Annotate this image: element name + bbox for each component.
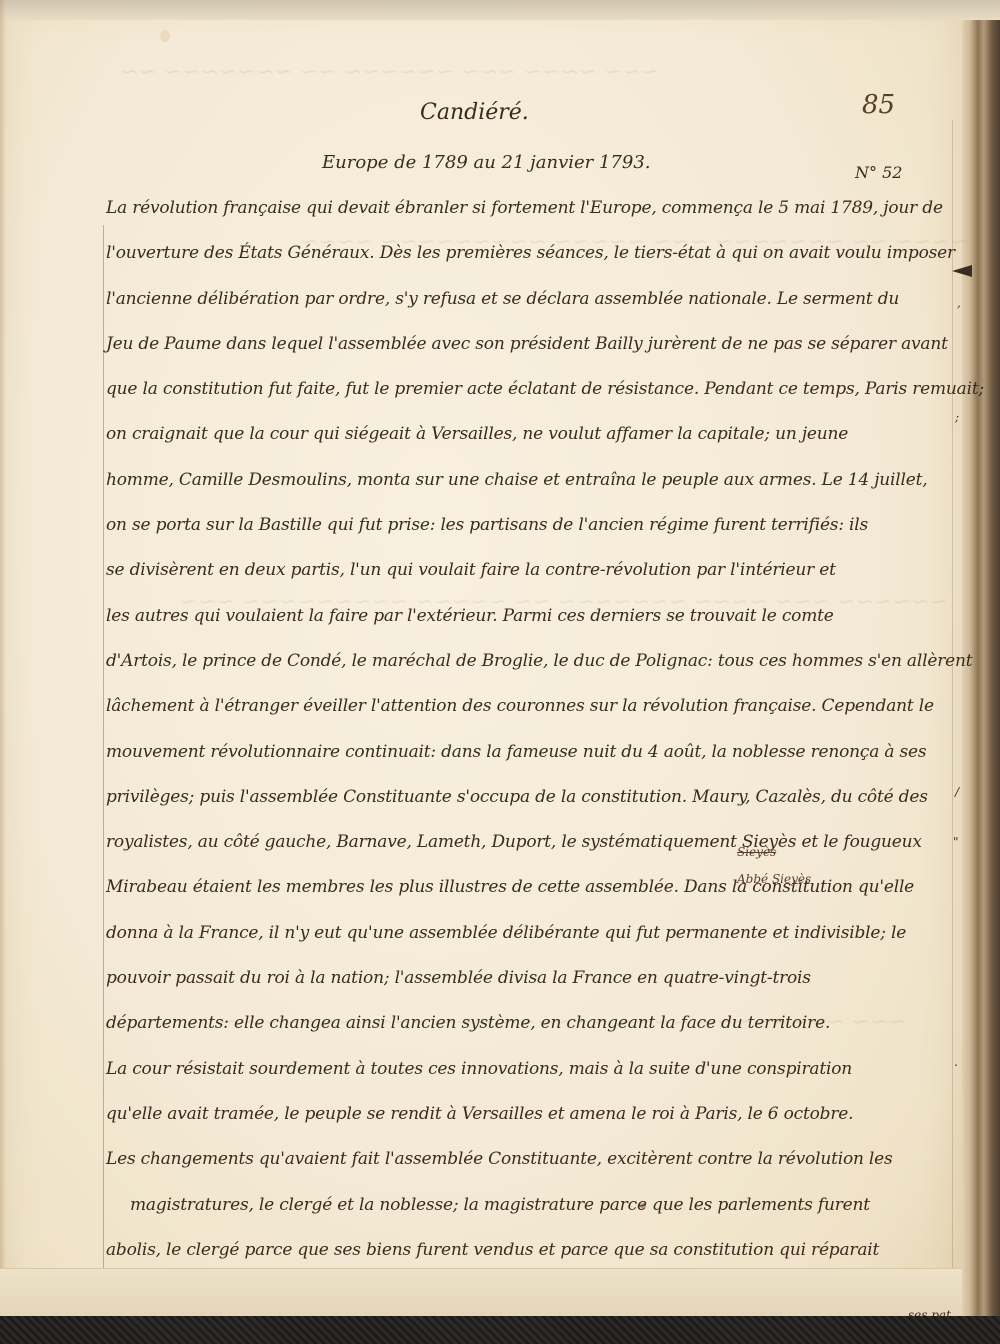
background-cloth [0,1316,1000,1344]
text-line: les autres qui voulaient la faire par l'… [106,594,966,639]
text-line: on se porta sur la Bastille qui fut pris… [106,503,966,548]
text-line: l'ouverture des États Généraux. Dès les … [106,231,966,276]
text-line: lâchement à l'étranger éveiller l'attent… [106,684,966,729]
text-line: royalistes, au côté gauche, Barnave, Lam… [106,820,966,865]
text-line: Les changements qu'avaient fait l'assemb… [106,1137,966,1182]
text-line: d'Artois, le prince de Condé, le marécha… [106,639,966,684]
text-line: privilèges; puis l'assemblée Constituant… [106,775,966,820]
text-line: La révolution française qui devait ébran… [106,186,966,231]
page-number: 85 [862,90,895,120]
struck-word: Sieyès [737,846,811,859]
text-line: l'ancienne délibération par ordre, s'y r… [106,277,966,322]
bleed-through-text: ~~~ ~~~~ ~~~ ~~~~~~ ~~ ~~~~~~~ ~~ [120,60,660,85]
manuscript-scan: ~~~ ~~~~ ~~~ ~~~~~~ ~~ ~~~~~~~ ~~ ~~~~ ~… [0,0,1000,1344]
text-line: La cour résistait sourdement à toutes ce… [106,1047,966,1092]
margin-mark: / [955,785,959,799]
page-title: Candiéré. [420,100,529,125]
manuscript-page: ~~~ ~~~~ ~~~ ~~~~~~ ~~ ~~~~~~~ ~~ ~~~~ ~… [0,0,962,1318]
page-top-edge [0,0,1000,20]
interlinear-correction: Sieyès Abbé Sieyès [737,846,811,886]
paper-stain [160,30,170,42]
entry-number: N° 52 [855,163,902,182]
text-line: magistratures, le clergé et la noblesse;… [106,1183,966,1228]
text-line: mouvement révolutionnaire continuait: da… [106,730,966,775]
margin-mark: . [954,1055,958,1069]
text-line: donna à la France, il n'y eut qu'une ass… [106,911,966,956]
page-left-shadow [0,0,6,1318]
text-line: départements: elle changea ainsi l'ancie… [106,1001,966,1046]
text-line: Mirabeau étaient les membres les plus il… [106,865,966,910]
text-line: qu'elle avait tramée, le peuple se rendi… [106,1092,966,1137]
page-bottom-edge [0,1268,962,1321]
inserted-word: Abbé Sieyès [737,873,811,886]
left-margin-rule [103,225,104,1344]
text-line: homme, Camille Desmoulins, monta sur une… [106,458,966,503]
text-line: on craignait que la cour qui siégeait à … [106,412,966,457]
margin-mark: ; [955,410,959,424]
page-subtitle: Europe de 1789 au 21 janvier 1793. [322,152,651,173]
text-line: se divisèrent en deux partis, l'un qui v… [106,548,966,593]
text-line: que la constitution fut faite, fut le pr… [106,367,966,412]
margin-mark: , [957,296,961,310]
manuscript-body: La révolution française qui devait ébran… [106,186,966,1273]
text-line: pouvoir passait du roi à la nation; l'as… [106,956,966,1001]
text-line: Jeu de Paume dans lequel l'assemblée ave… [106,322,966,367]
margin-mark: " [953,835,959,849]
text-line: abolis, le clergé parce que ses biens fu… [106,1228,966,1273]
